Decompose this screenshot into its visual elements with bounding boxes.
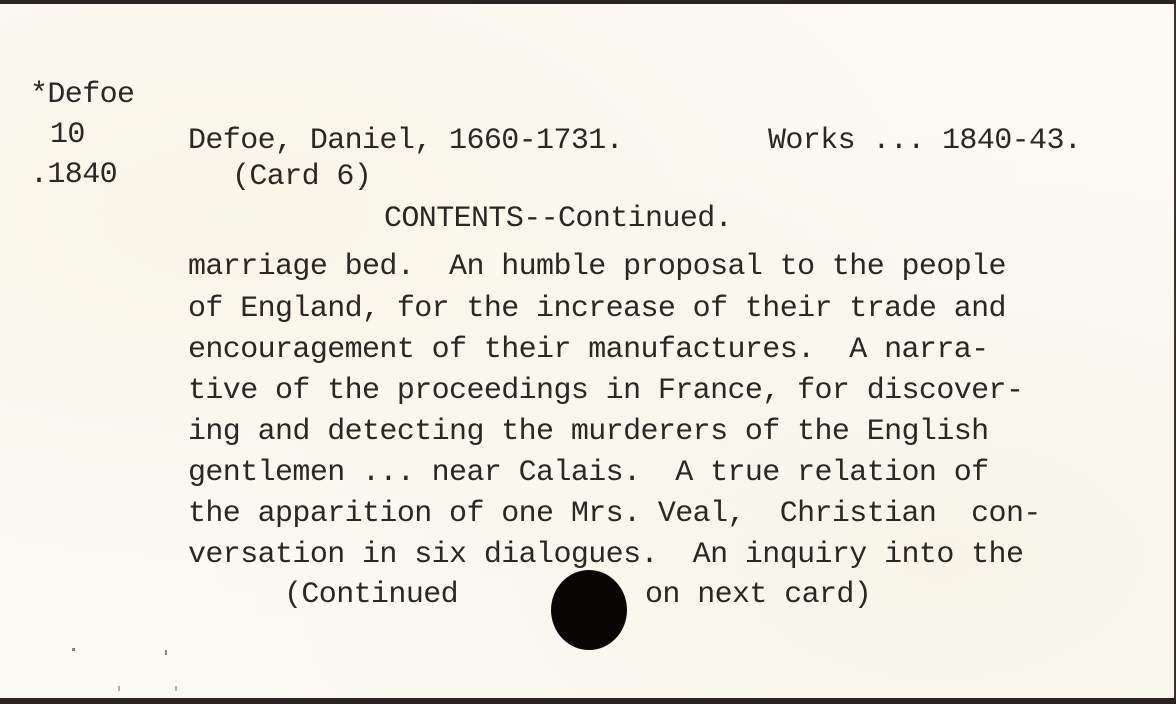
contents-line: marriage bed. An humble proposal to the … (188, 250, 1006, 284)
contents-line: the apparition of one Mrs. Veal, Christi… (188, 497, 1041, 531)
contents-line: tive of the proceedings in France, for d… (188, 374, 1023, 408)
speck (118, 686, 120, 691)
punch-hole (551, 570, 627, 650)
speck (72, 648, 75, 651)
work-title: Works ... 1840-43. (768, 124, 1081, 158)
contents-line: encouragement of their manufactures. A n… (188, 333, 989, 367)
contents-line: of England, for the increase of their tr… (188, 292, 1006, 326)
call-number-line-1: *Defoe (30, 78, 134, 112)
card-number: (Card 6) (232, 160, 371, 194)
author-heading: Defoe, Daniel, 1660-1731. (188, 124, 623, 158)
continued-note-right: on next card) (645, 578, 871, 612)
continued-note-left: (Continued (284, 578, 458, 612)
call-number-line-2: 10 (50, 118, 85, 152)
call-number-line-3: .1840 (30, 158, 117, 192)
contents-line: gentlemen ... near Calais. A true relati… (188, 456, 989, 490)
speck (165, 650, 167, 655)
speck (175, 686, 177, 691)
contents-line: ing and detecting the murderers of the E… (188, 415, 989, 449)
contents-line: versation in six dialogues. An inquiry i… (188, 538, 1023, 572)
section-title: CONTENTS--Continued. (384, 202, 732, 236)
catalog-card: *Defoe 10 .1840 Defoe, Daniel, 1660-1731… (0, 4, 1176, 698)
